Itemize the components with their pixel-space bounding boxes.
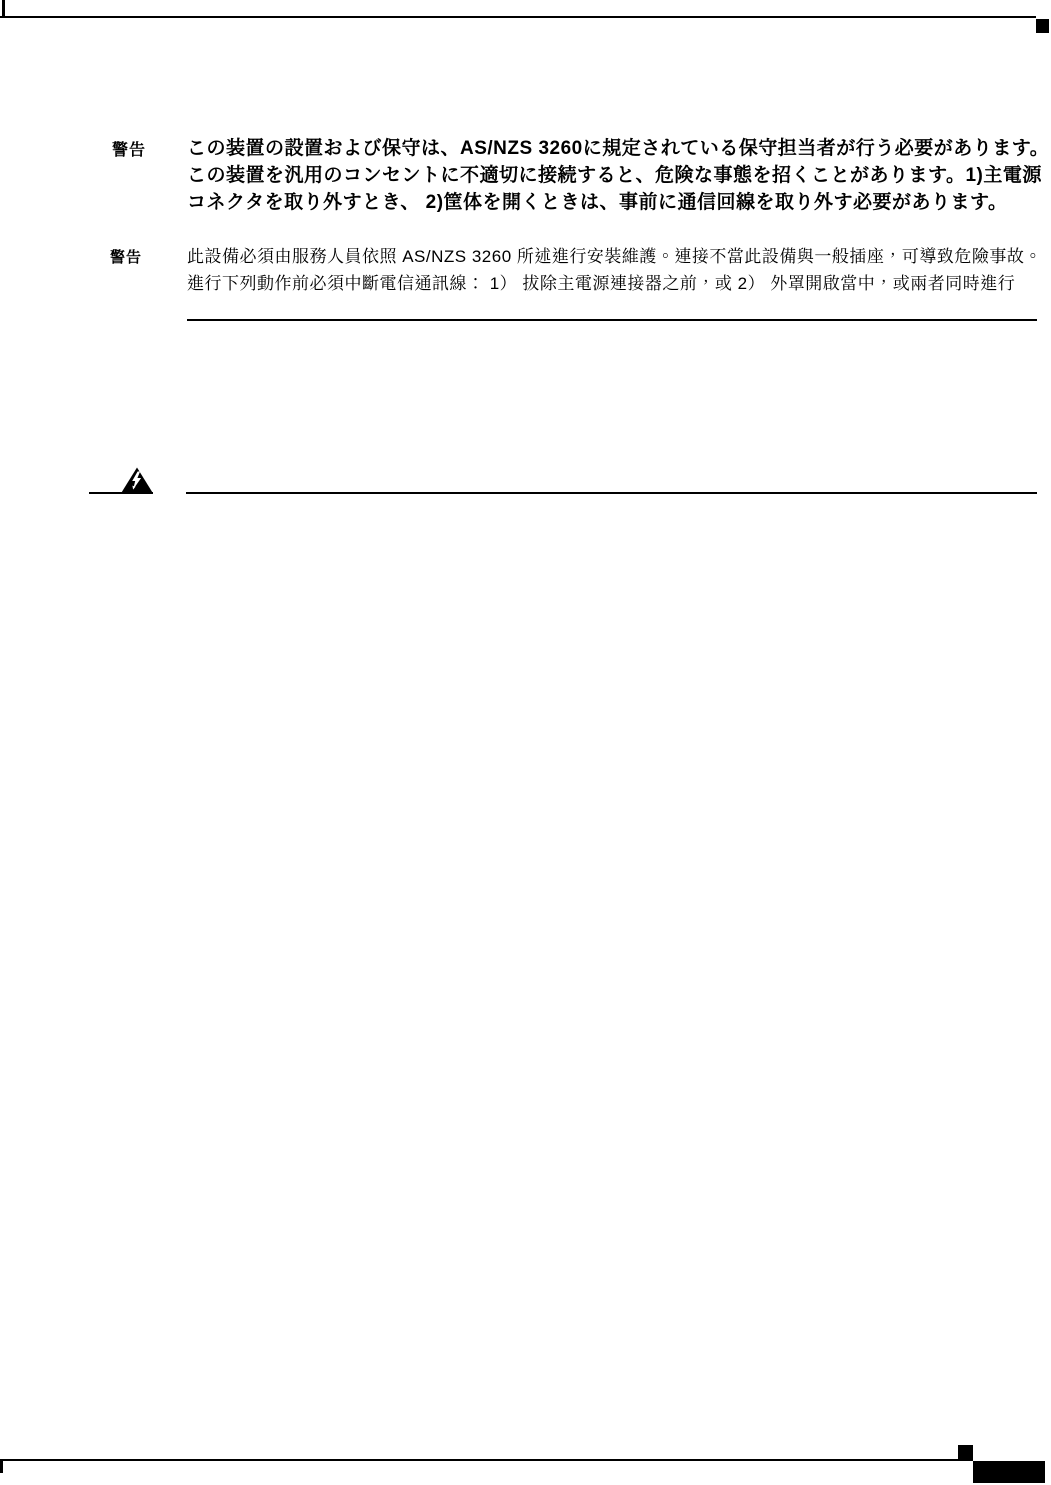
crop-mark-bottom-left (0, 1461, 3, 1473)
document-page: 警告 この装置の設置および保守は、AS/NZS 3260に規定されている保守担当… (0, 0, 1051, 1485)
registration-bar-bottom-right (973, 1461, 1045, 1483)
warning-text: 此設備必須由服務人員依照 AS/NZS 3260 所述進行安裝維護。連接不當此設… (187, 243, 1042, 297)
warning-lightning-icon (121, 467, 153, 493)
warning-text: この装置の設置および保守は、AS/NZS 3260に規定されている保守担当者が行… (187, 135, 1049, 216)
warning-text-line: コネクタを取り外すとき、 2)筐体を開くときは、事前に通信回線を取り外す必要があ… (187, 189, 1049, 216)
warning-section-bottom-rule (187, 319, 1037, 321)
warning-section-rule (186, 492, 1037, 494)
warning-text-line: 此設備必須由服務人員依照 AS/NZS 3260 所述進行安裝維護。連接不當此設… (187, 243, 1042, 270)
warning-label: 警告 (110, 246, 142, 267)
warning-text-line: 進行下列動作前必須中斷電信通訊線： 1） 拔除主電源連接器之前，或 2） 外罩開… (187, 270, 1042, 297)
page-top-rule (0, 16, 1036, 18)
warning-text-line: この装置の設置および保守は、AS/NZS 3260に規定されている保守担当者が行… (187, 135, 1049, 162)
registration-mark-top-right (1036, 19, 1049, 33)
warning-label: 警告 (112, 137, 146, 160)
warning-text-line: この装置を汎用のコンセントに不適切に接続すると、危険な事態を招くことがあります。… (187, 162, 1049, 189)
page-bottom-rule (0, 1459, 973, 1461)
registration-mark-bottom (958, 1445, 973, 1460)
